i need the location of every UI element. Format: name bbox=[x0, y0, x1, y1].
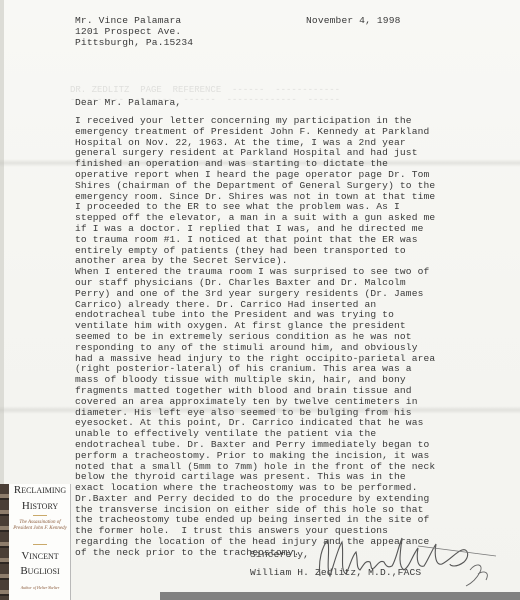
handwritten-signature bbox=[300, 526, 500, 592]
book-subtitle: The Assassination of President John F. K… bbox=[10, 520, 70, 532]
cover-divider bbox=[33, 544, 47, 545]
body-line: Perry) and one of the 3rd year surgery r… bbox=[75, 289, 435, 300]
book-author-last: Bugliosi bbox=[10, 565, 70, 577]
book-title-line2: History bbox=[10, 500, 70, 512]
letter-date: November 4, 1998 bbox=[306, 16, 401, 27]
body-line: emergency treatment of President John F.… bbox=[75, 127, 435, 138]
body-line: responding to any of the stimuli around … bbox=[75, 343, 435, 354]
recipient-street: 1201 Prospect Ave. bbox=[75, 27, 193, 38]
book-title-line1: Reclaiming bbox=[10, 484, 70, 496]
book-cover-photo-strip bbox=[0, 484, 9, 600]
letter-body: I received your letter concerning my par… bbox=[75, 116, 435, 559]
body-line: perform a tracheostomy. Prior to making … bbox=[75, 451, 435, 462]
book-cover-thumbnail: Reclaiming History The Assassination of … bbox=[0, 484, 71, 600]
recipient-city: Pittsburgh, Pa.15234 bbox=[75, 38, 193, 49]
salutation: Dear Mr. Palamara, bbox=[75, 98, 181, 109]
letter-page: DR. ZEDLITZ PAGE REFERENCE ------ ------… bbox=[0, 0, 520, 600]
body-line: Shires (chairman of the Department of Ge… bbox=[75, 181, 435, 192]
book-author-first: Vincent bbox=[10, 550, 70, 562]
cover-divider bbox=[33, 515, 47, 516]
body-line: to trauma room #1. I noticed at that poi… bbox=[75, 235, 435, 246]
book-tagline: Author of Helter Skelter bbox=[10, 585, 70, 590]
body-line: covered an area approximately ten by twe… bbox=[75, 397, 435, 408]
bottom-gray-bar bbox=[160, 592, 520, 600]
recipient-address: Mr. Vince Palamara1201 Prospect Ave.Pitt… bbox=[75, 16, 193, 48]
